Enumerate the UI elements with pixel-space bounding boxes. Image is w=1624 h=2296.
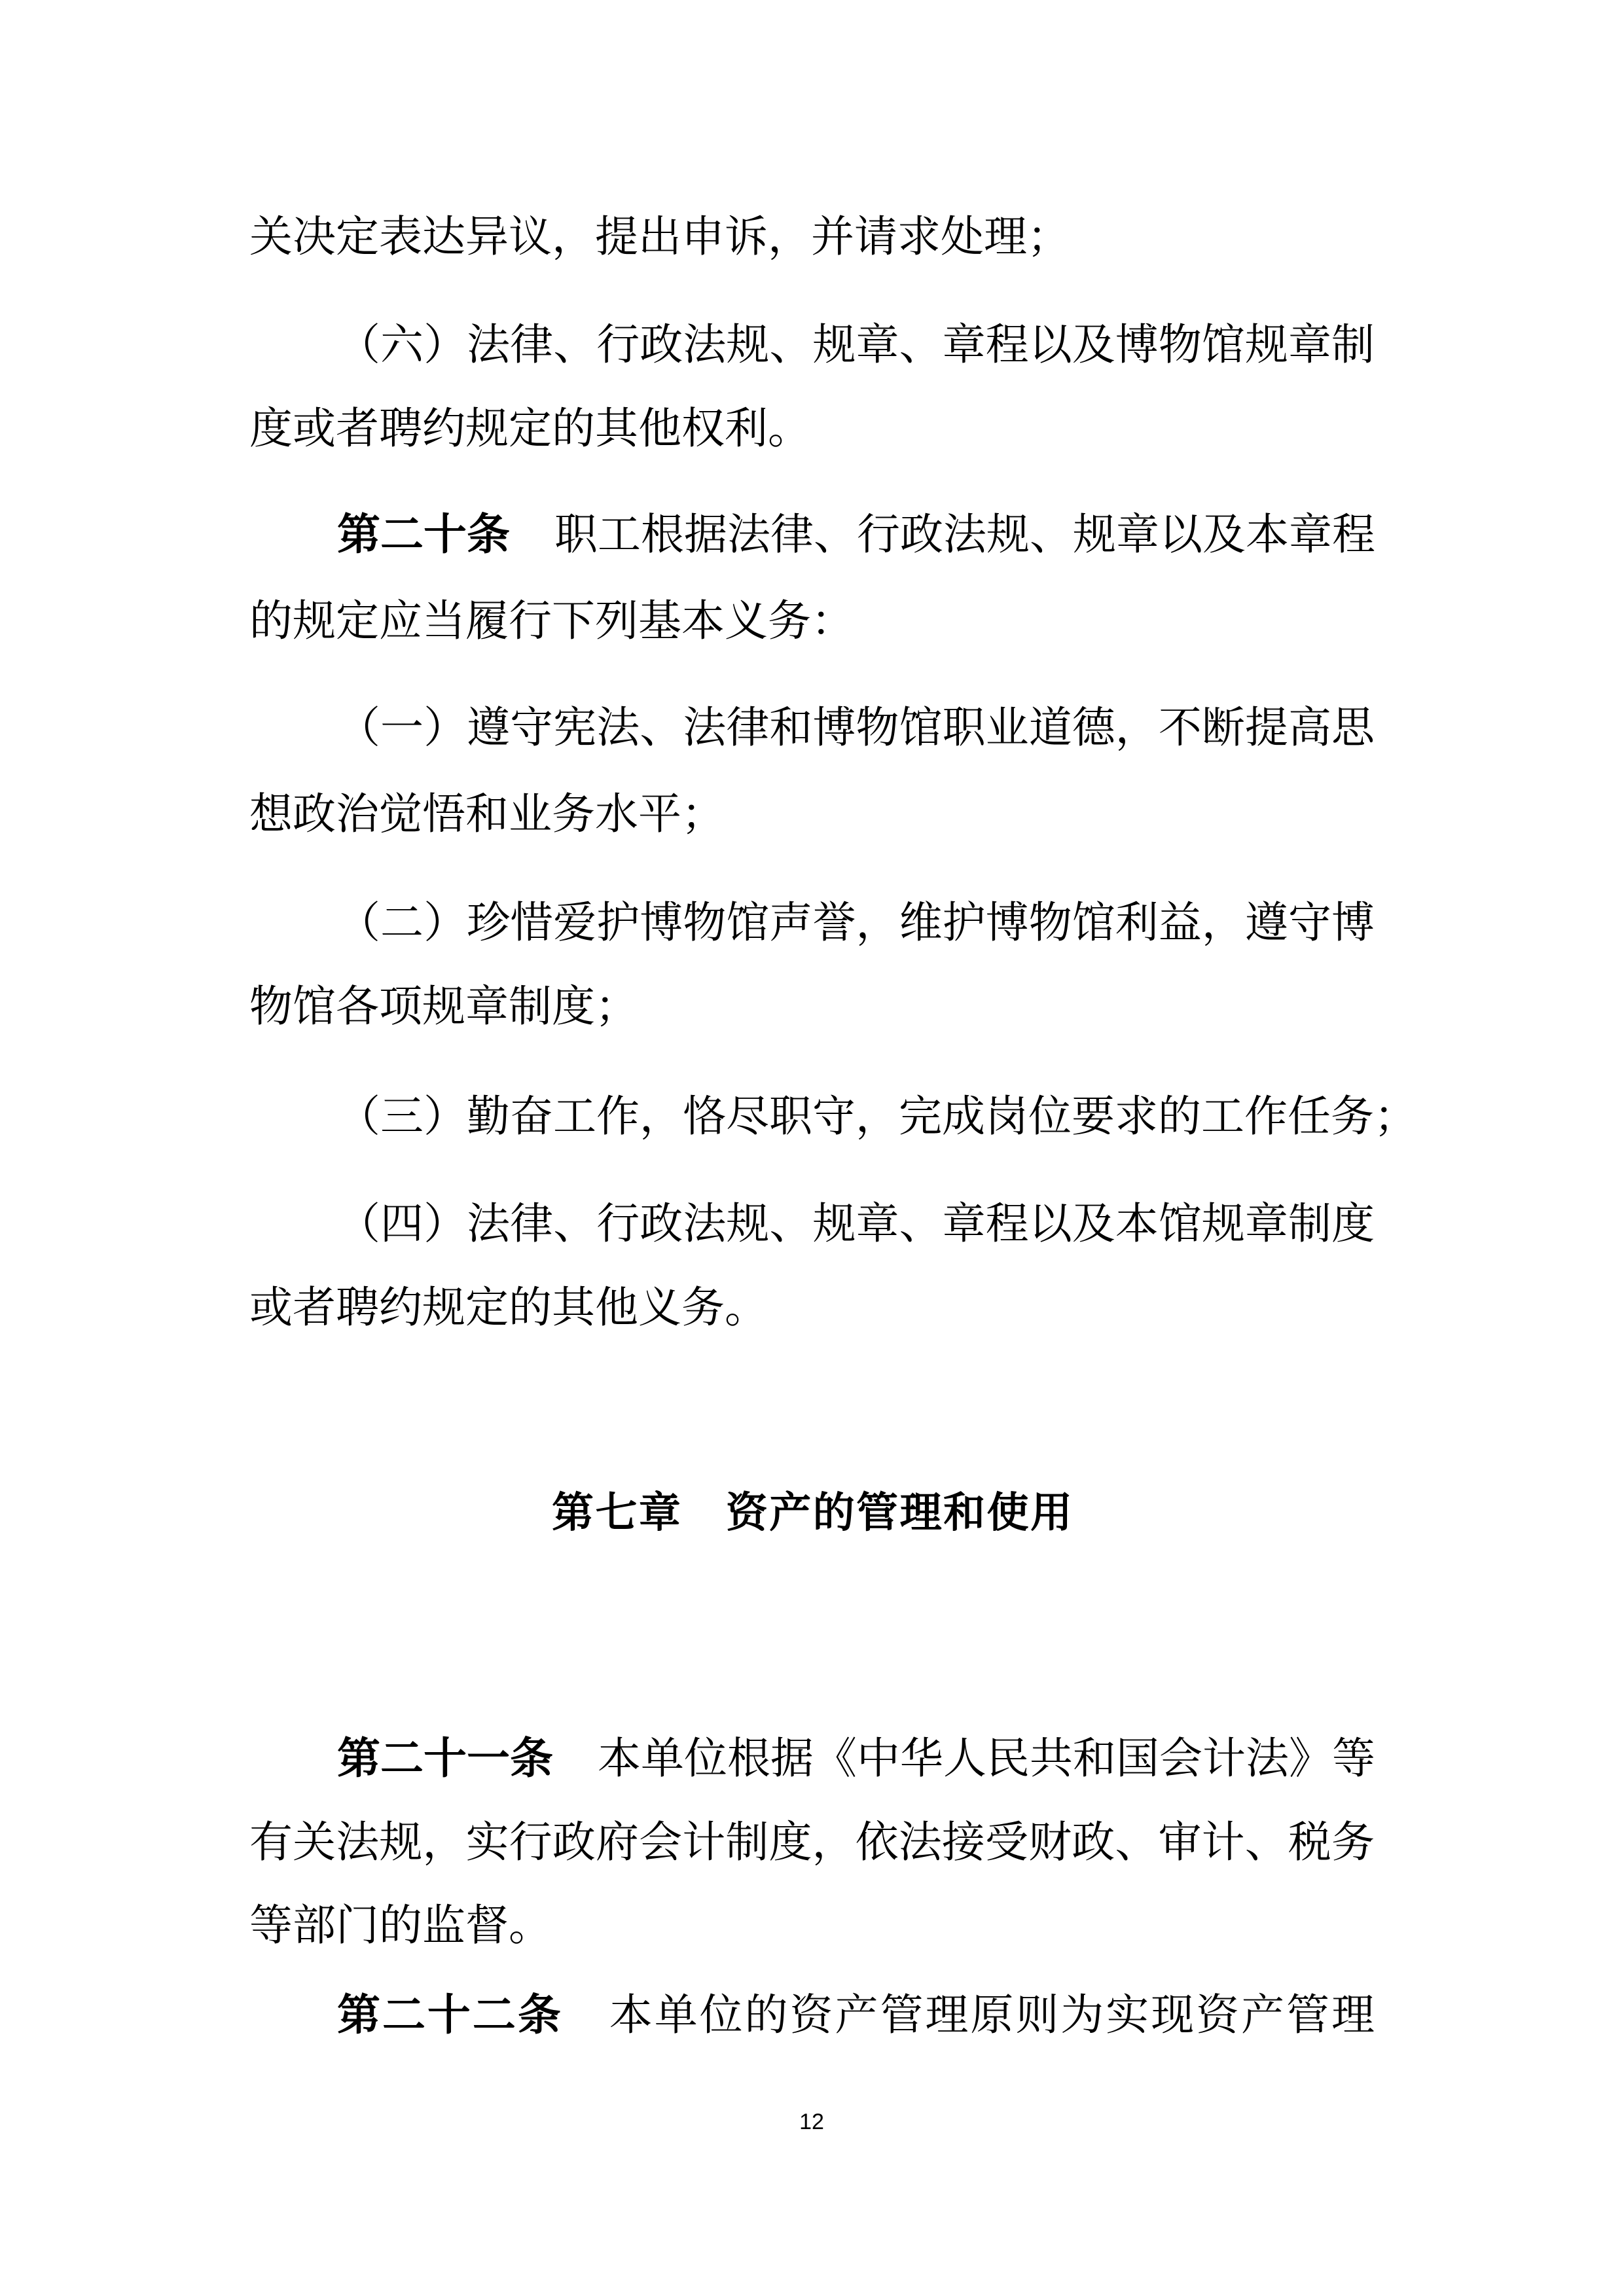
article-text: 本单位的资产管理原则为实现资产管理 — [607, 1990, 1375, 2040]
article-20-first-line: 第二十条职工根据法律、行政法规、规章以及本章程 — [337, 511, 1375, 558]
article-text: 职工根据法律、行政法规、规章以及本章程 — [554, 509, 1375, 560]
paragraph-line: （四）法律、行政法规、规章、章程以及本馆规章制度 — [337, 1200, 1375, 1247]
paragraph-line: 关决定表达异议，提出申诉，并请求处理； — [249, 213, 1375, 260]
paragraph-line: （三）勤奋工作，恪尽职守，完成岗位要求的工作任务； — [337, 1093, 1375, 1140]
paragraph-line: （一）遵守宪法、法律和博物馆职业道德，不断提高思 — [337, 704, 1375, 751]
paragraph-line: 度或者聘约规定的其他权利。 — [249, 405, 1375, 452]
paragraph-line: （六）法律、行政法规、规章、章程以及博物馆规章制 — [337, 321, 1375, 368]
chapter-heading: 第七章 资产的管理和使用 — [552, 1490, 1072, 1537]
article-21-first-line: 第二十一条本单位根据《中华人民共和国会计法》等 — [337, 1735, 1375, 1782]
paragraph-line: 等部门的监督。 — [249, 1902, 1375, 1949]
paragraph-line: 的规定应当履行下列基本义务： — [249, 598, 1375, 645]
article-label: 第二十一条 — [337, 1733, 553, 1784]
paragraph-line: 有关法规，实行政府会计制度，依法接受财政、审计、税务 — [249, 1819, 1375, 1866]
article-text: 本单位根据《中华人民共和国会计法》等 — [598, 1733, 1375, 1784]
document-page: 关决定表达异议，提出申诉，并请求处理； （六）法律、行政法规、规章、章程以及博物… — [0, 0, 1624, 2296]
paragraph-line: 想政治觉悟和业务水平； — [249, 791, 1375, 838]
paragraph-line: 或者聘约规定的其他义务。 — [249, 1284, 1375, 1331]
article-22-first-line: 第二十二条本单位的资产管理原则为实现资产管理 — [337, 1992, 1375, 2039]
article-label: 第二十条 — [337, 509, 510, 560]
paragraph-line: 物馆各项规章制度； — [249, 983, 1375, 1030]
article-label: 第二十二条 — [337, 1990, 563, 2040]
paragraph-line: （二）珍惜爱护博物馆声誉，维护博物馆利益，遵守博 — [337, 899, 1375, 946]
page-number: 12 — [795, 2109, 828, 2135]
